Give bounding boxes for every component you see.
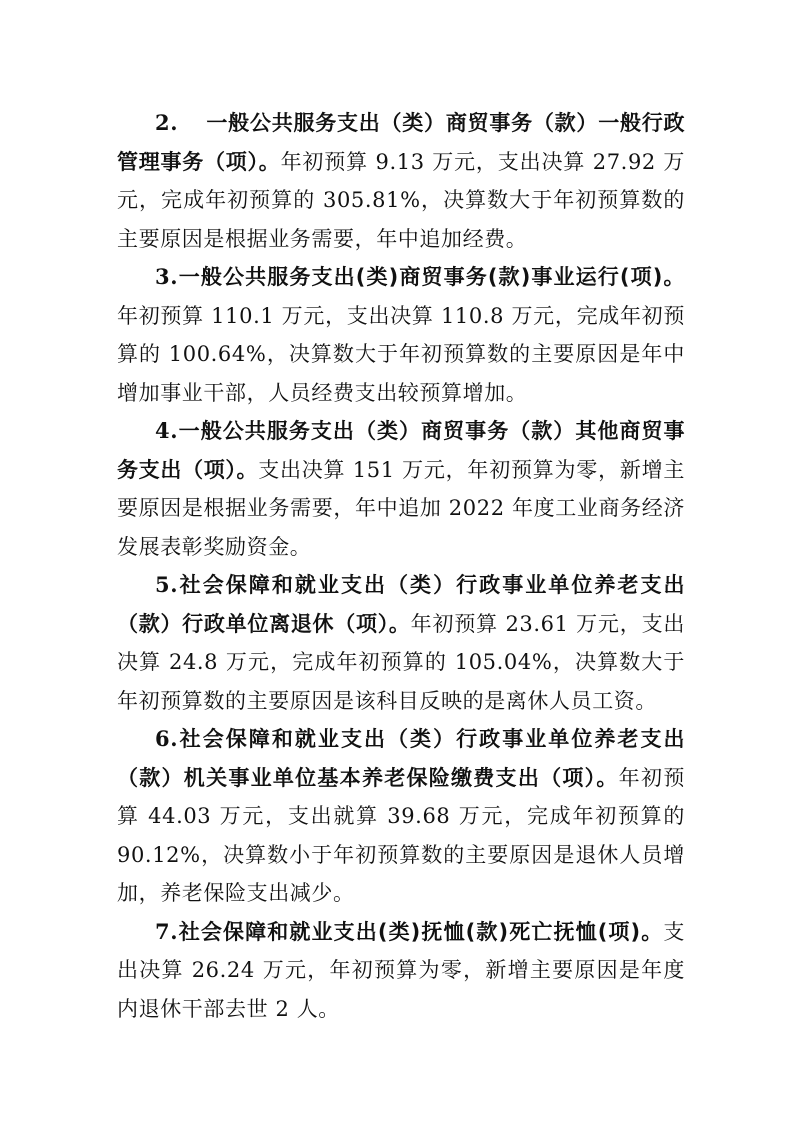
- paragraph-item-2: 2.一般公共服务支出（类）商贸事务（款）一般行政管理事务（项）。年初预算 9.1…: [117, 104, 685, 258]
- paragraph-item-6: 6.社会保障和就业支出（类）行政事业单位养老支出（款）机关事业单位基本养老保险缴…: [117, 720, 685, 913]
- paragraph-number: 6.: [155, 726, 178, 751]
- paragraph-item-5: 5.社会保障和就业支出（类）行政事业单位养老支出（款）行政单位离退休（项）。年初…: [117, 566, 685, 720]
- paragraph-item-4: 4.一般公共服务支出（类）商贸事务（款）其他商贸事务支出（项）。支出决算 151…: [117, 412, 685, 566]
- paragraph-number: 7.: [155, 919, 178, 944]
- paragraph-heading: 一般公共服务支出(类)商贸事务(款)事业运行(项)。: [178, 265, 685, 289]
- paragraph-heading: 社会保障和就业支出（类）行政事业单位养老支出（款）机关事业单位基本养老保险缴费支…: [117, 727, 685, 790]
- paragraph-number: 3.: [155, 264, 178, 289]
- paragraph-heading: 社会保障和就业支出(类)抚恤(款)死亡抚恤(项)。: [178, 920, 663, 944]
- paragraph-number: 5.: [155, 572, 178, 597]
- paragraph-body: 年初预算 110.1 万元，支出决算 110.8 万元，完成年初预算的 100.…: [117, 304, 685, 405]
- paragraph-number: 4.: [155, 418, 178, 443]
- paragraph-item-3: 3.一般公共服务支出(类)商贸事务(款)事业运行(项)。年初预算 110.1 万…: [117, 258, 685, 412]
- paragraph-number: 2.: [155, 110, 178, 135]
- paragraph-item-7: 7.社会保障和就业支出(类)抚恤(款)死亡抚恤(项)。支出决算 26.24 万元…: [117, 913, 685, 1029]
- document-page: 2.一般公共服务支出（类）商贸事务（款）一般行政管理事务（项）。年初预算 9.1…: [117, 104, 685, 1028]
